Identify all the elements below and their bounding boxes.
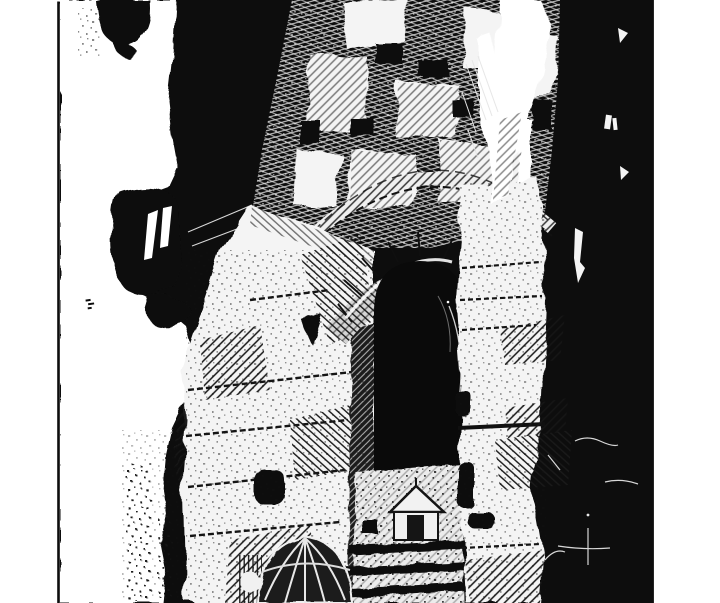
left-rule-line <box>57 2 60 603</box>
left-pier <box>182 206 376 603</box>
inner-glint <box>447 301 450 304</box>
artwork <box>60 0 652 603</box>
blot-speckle <box>78 8 100 56</box>
artwork-page <box>0 0 720 603</box>
scratch-dot <box>587 514 590 517</box>
right-pier-speckle <box>458 182 546 602</box>
shrine-door <box>407 515 424 540</box>
dome-base-highlight <box>240 572 260 592</box>
artwork-canvas <box>0 0 720 603</box>
right-rule-line <box>651 0 654 603</box>
